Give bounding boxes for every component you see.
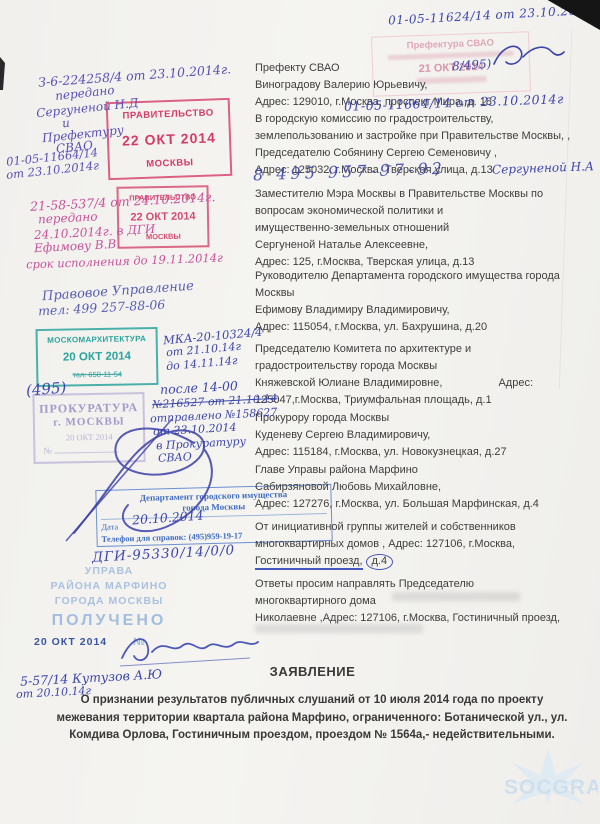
recipient-block-architecture-committee: Председателю Комитета по архитектуре и г… [255, 341, 533, 409]
recipient-block-prosecutor: Прокурору города Москвы Куденеву Сергею … [255, 410, 507, 461]
paper-crease [559, 30, 573, 390]
typed-line: Куденеву Сергею Владимировичу, [255, 427, 507, 444]
signature-scribble-top-right [488, 38, 566, 72]
stamp-date: 22 ОКТ 2014 [121, 210, 205, 223]
typed-line: Ефимову Владимиру Владимировичу, [255, 302, 560, 319]
typed-line: Адрес: 127276, г.Москва, ул. Большая Мар… [255, 496, 539, 513]
typed-line: вопросам экономической политики и [255, 203, 543, 220]
typed-line: Руководителю Департамента городского иму… [255, 268, 560, 285]
typed-address-label: Адрес: [498, 375, 533, 392]
typed-line: Москвы [255, 285, 560, 302]
stamp-date: 20 ОКТ 2014 [34, 636, 107, 648]
recipient-block-uprava-head: Главе Управы района Марфино Сабирзяновой… [255, 462, 539, 513]
statement-body: О признании результатов публичных слушан… [52, 692, 572, 745]
redacted-text [392, 592, 520, 601]
typed-circled-house-number: д.4 [366, 554, 394, 570]
typed-line: Ответы просим направлять Председателю [255, 576, 560, 593]
handwritten-ref-top-left: З-6-224258/4 от 23.10.2014г. [38, 61, 232, 89]
svg-text:SOCGRAD: SOCGRAD [504, 776, 598, 799]
stamp-moskomarkhitektura: МОСКОМАРХИТЕКТУРА 20 ОКТ 2014 тел: 650-1… [36, 327, 159, 387]
stamp-date: 20 ОКТ 2014 [40, 350, 154, 364]
typed-line: Княжевской Юлиане Владимировне, [255, 375, 442, 392]
typed-line: Главе Управы района Марфино [255, 462, 539, 479]
scanned-document-page: 01-05-11624/14 от 23.10.2014г Префектура… [0, 0, 600, 824]
typed-underlined-street: Гостиничный проезд, [255, 555, 363, 570]
typed-line: Председателю Комитета по архитектуре и [255, 341, 533, 358]
signature-scribble-large [52, 415, 252, 545]
stamp-city: МОСКВЫ [112, 156, 228, 171]
scan-edge-artifact [0, 57, 5, 90]
stamp-number-label: № [43, 446, 52, 456]
signature-scribble-uprava [112, 628, 262, 670]
handwritten-reg-note: 8/495) [452, 57, 492, 74]
recipient-block-deputy-mayor: Заместителю Мэра Москвы в Правительстве … [255, 186, 543, 271]
handwritten-phone-name: Сергуненой Н.А [492, 159, 594, 177]
typed-line: Заместителю Мэра Москвы в Правительстве … [255, 186, 543, 203]
typed-line: Сергуненой Наталье Алексеевне, [255, 237, 543, 254]
typed-line: имущественно-земельных отношений [255, 220, 543, 237]
typed-line: От инициативной группы жителей и собстве… [255, 519, 516, 536]
handwritten-note-pink: передано [38, 209, 98, 226]
redacted-text [255, 624, 423, 633]
stamp-org-name-3: ГОРОДА МОСКВЫ [30, 594, 188, 609]
typed-line: Прокурору города Москвы [255, 410, 507, 427]
stamp-date: 22 ОКТ 2014 [111, 129, 227, 149]
socgrad-watermark: SOCGRAD [498, 748, 598, 820]
typed-line: В городскую комиссию по градостроительст… [255, 111, 570, 128]
typed-line: Адрес: 115184, г.Москва, ул. Новокузнецк… [255, 444, 507, 461]
handwritten-area-code: (495) [25, 378, 67, 399]
typed-line: Виноградову Валерию Юрьевичу, [255, 77, 492, 94]
typed-line: Сабирзяновой Любовь Михайловне, [255, 479, 539, 496]
typed-line: Адрес: 115054, г.Москва, ул. Бахрушина, … [255, 319, 560, 336]
typed-line: многоквартирных домов , Адрес: 127106, г… [255, 536, 516, 553]
stamp-org-name: МОСКОМАРХИТЕКТУРА [40, 334, 154, 345]
typed-line: градостроительству города Москвы [255, 358, 533, 375]
stamp-org-name: УПРАВА [30, 564, 188, 579]
sender-block-initiative-group: От инициативной группы жителей и собстве… [255, 519, 516, 570]
recipient-block-dgi-head: Руководителю Департамента городского иму… [255, 268, 560, 336]
typed-line: землепользованию и застройке при Правите… [255, 128, 570, 145]
reply-instructions-block: Ответы просим направлять Председателю мн… [255, 576, 560, 627]
stamp-org-name-2: РАЙОНА МАРФИНО [30, 579, 188, 594]
typed-line: 125047,г.Москва, Триумфальная площадь, д… [255, 392, 533, 409]
